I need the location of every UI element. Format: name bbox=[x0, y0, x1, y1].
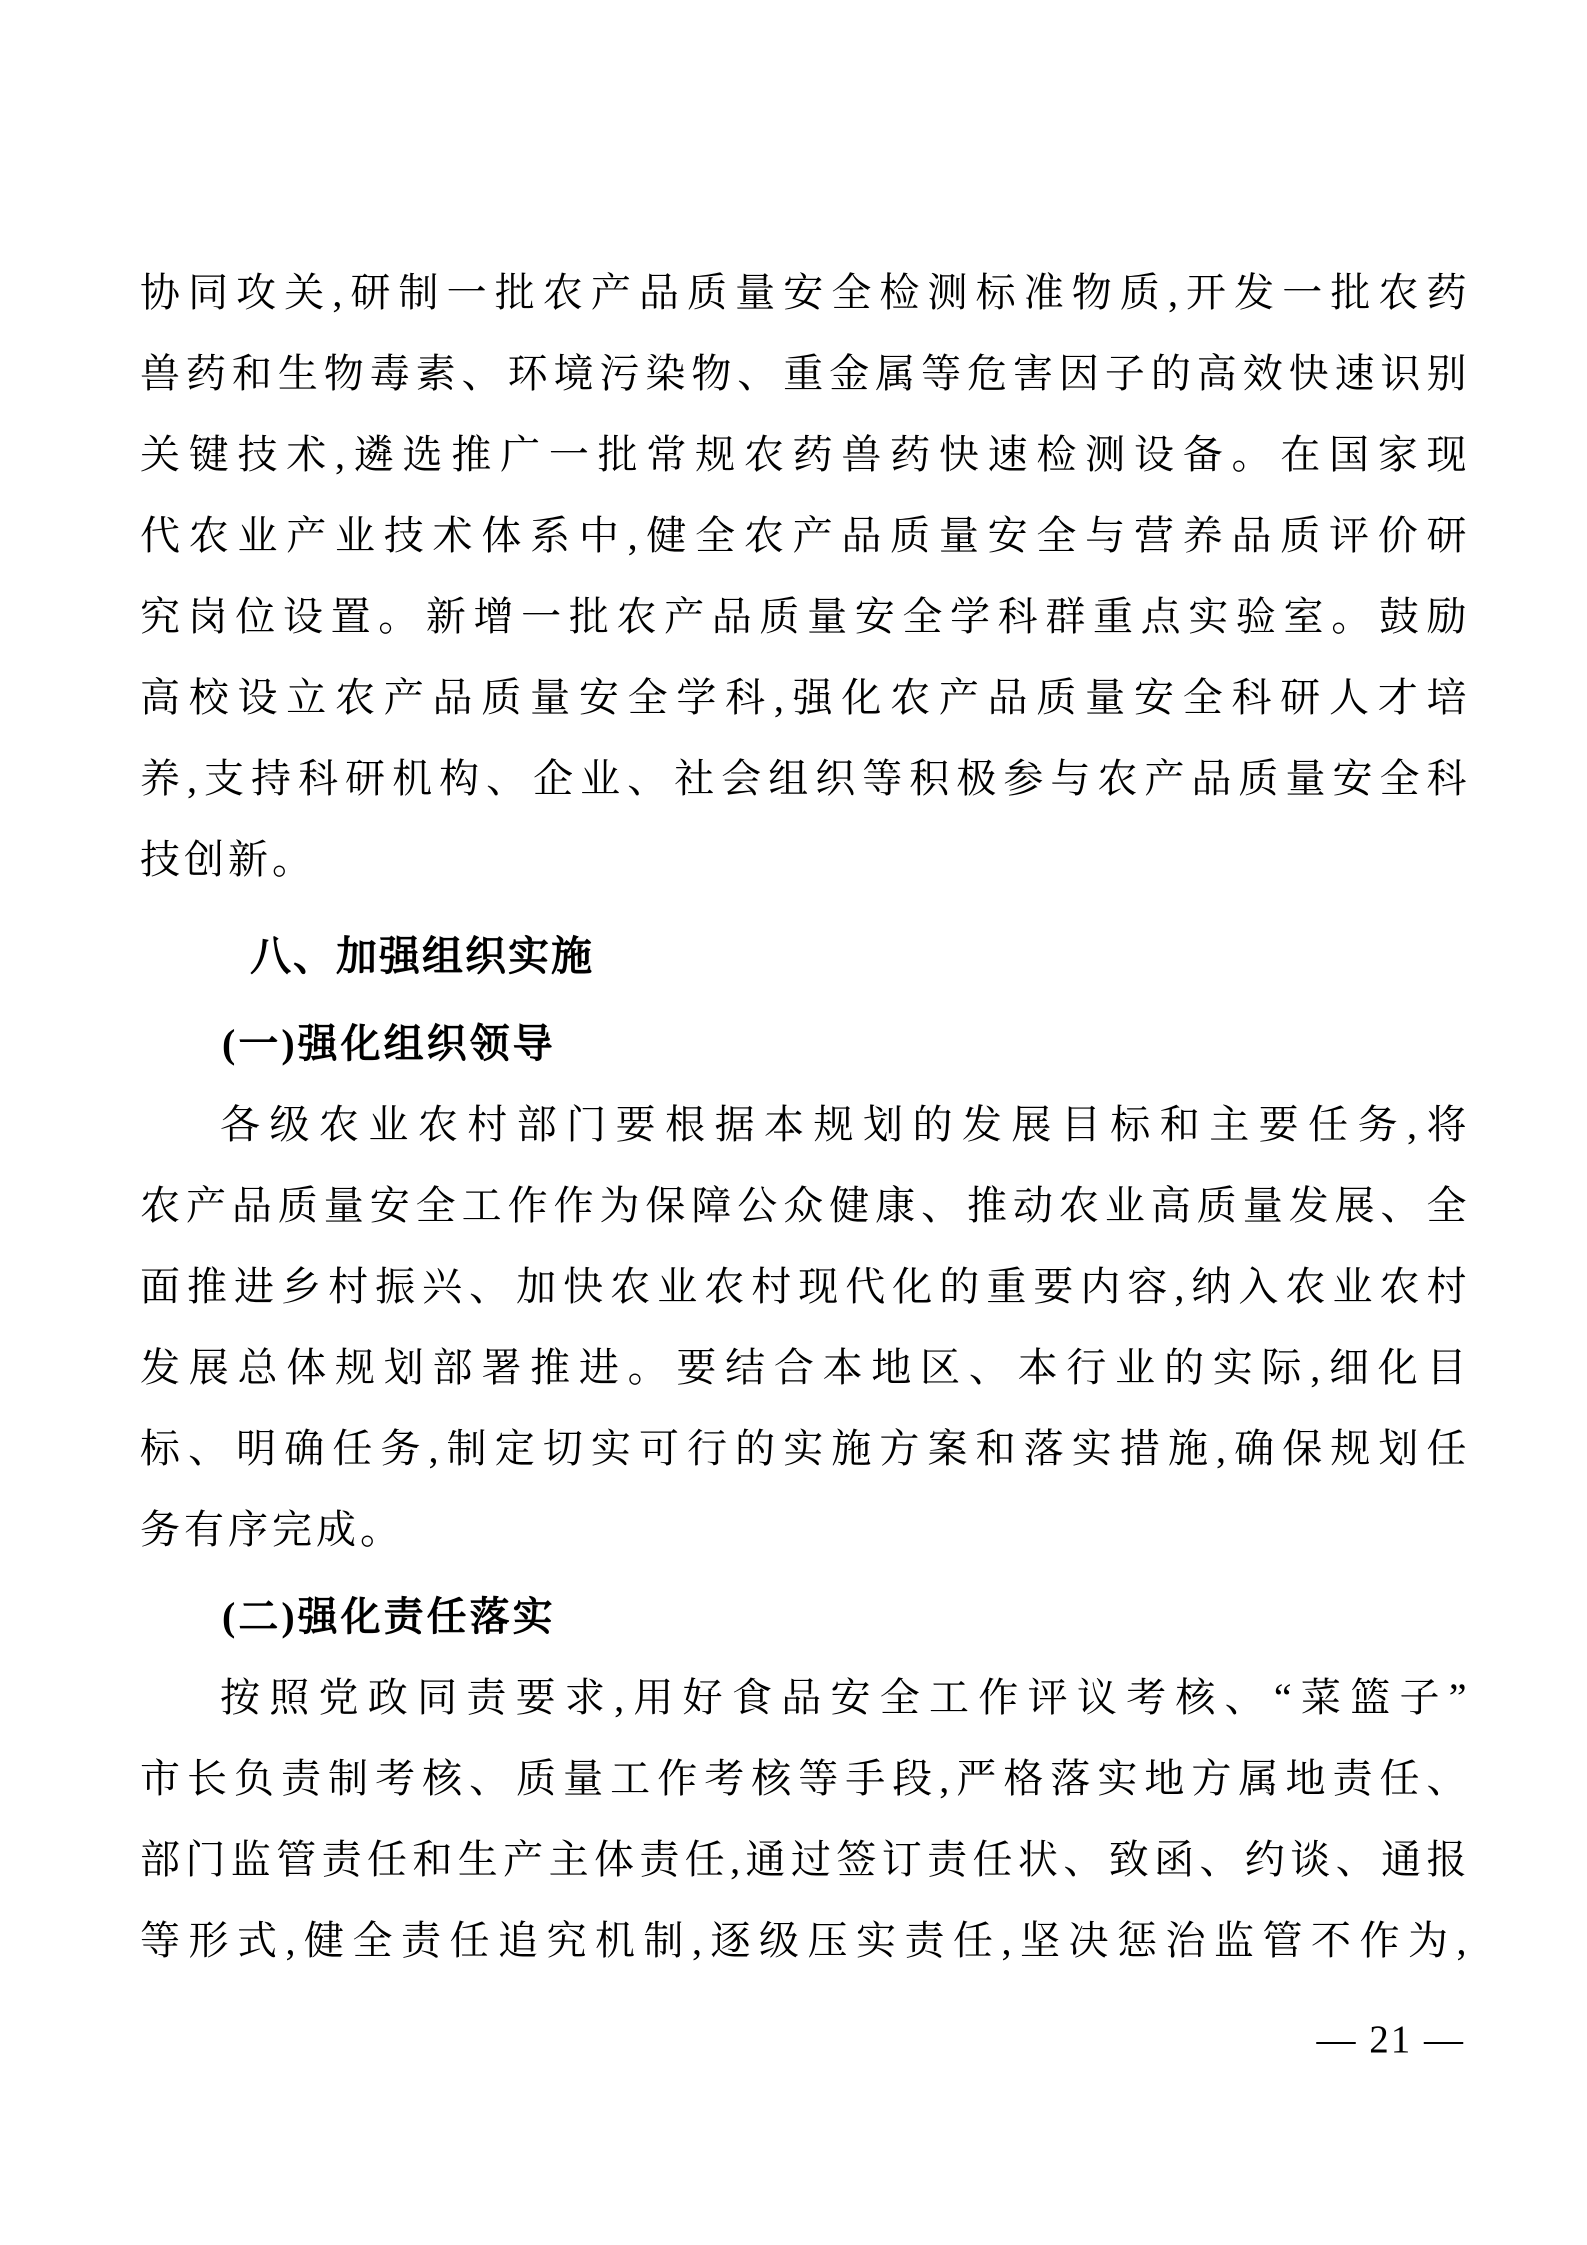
section-heading: 八、加强组织实施 bbox=[250, 916, 1467, 997]
sub-section-heading: (一)强化组织领导 bbox=[222, 1003, 1467, 1084]
text-line: 按照党政同责要求,用好食品安全工作评议考核、“菜篮子” bbox=[140, 1657, 1467, 1738]
text-line: 市长负责制考核、质量工作考核等手段,严格落实地方属地责任、 bbox=[140, 1738, 1467, 1819]
page-number: — 21 — bbox=[1317, 2016, 1466, 2064]
text-line: 农产品质量安全工作作为保障公众健康、推动农业高质量发展、全 bbox=[140, 1165, 1467, 1246]
text-line: 各级农业农村部门要根据本规划的发展目标和主要任务,将 bbox=[140, 1084, 1467, 1165]
text-line: 技创新。 bbox=[140, 819, 1467, 900]
text-line: 面推进乡村振兴、加快农业农村现代化的重要内容,纳入农业农村 bbox=[140, 1246, 1467, 1327]
text-line: 关键技术,遴选推广一批常规农药兽药快速检测设备。在国家现 bbox=[140, 414, 1467, 495]
text-line: 兽药和生物毒素、环境污染物、重金属等危害因子的高效快速识别 bbox=[140, 333, 1467, 414]
text-line: 高校设立农产品质量安全学科,强化农产品质量安全科研人才培 bbox=[140, 657, 1467, 738]
text-line: 协同攻关,研制一批农产品质量安全检测标准物质,开发一批农药 bbox=[140, 252, 1467, 333]
document-content: 协同攻关,研制一批农产品质量安全检测标准物质,开发一批农药兽药和生物毒素、环境污… bbox=[140, 252, 1467, 1981]
text-line: 务有序完成。 bbox=[140, 1489, 1467, 1570]
document-page: 协同攻关,研制一批农产品质量安全检测标准物质,开发一批农药兽药和生物毒素、环境污… bbox=[0, 0, 1587, 2245]
text-line: 养,支持科研机构、企业、社会组织等积极参与农产品质量安全科 bbox=[140, 738, 1467, 819]
text-line: 发展总体规划部署推进。要结合本地区、本行业的实际,细化目 bbox=[140, 1327, 1467, 1408]
sub-section-heading: (二)强化责任落实 bbox=[222, 1576, 1467, 1657]
text-line: 部门监管责任和生产主体责任,通过签订责任状、致函、约谈、通报 bbox=[140, 1819, 1467, 1900]
text-line: 标、明确任务,制定切实可行的实施方案和落实措施,确保规划任 bbox=[140, 1408, 1467, 1489]
text-line: 代农业产业技术体系中,健全农产品质量安全与营养品质评价研 bbox=[140, 495, 1467, 576]
text-line: 究岗位设置。新增一批农产品质量安全学科群重点实验室。鼓励 bbox=[140, 576, 1467, 657]
text-line: 等形式,健全责任追究机制,逐级压实责任,坚决惩治监管不作为, bbox=[140, 1900, 1467, 1981]
